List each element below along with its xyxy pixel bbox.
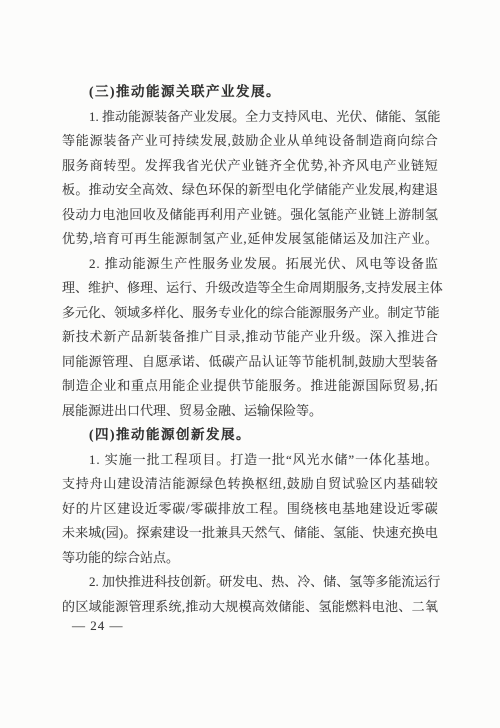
text-line: 2. 加快推进科技创新。研发电、热、冷、储、氢等多能流运行: [62, 570, 438, 595]
section-heading: (四)推动能源创新发展。: [62, 423, 438, 448]
document-page: (三)推动能源关联产业发展。1. 推动能源装备产业发展。全力支持风电、光伏、储能…: [0, 0, 500, 728]
text-line: 理、维护、修理、运行、升级改造等全生命周期服务,支持发展主体: [62, 276, 438, 301]
text-line: 1. 推动能源装备产业发展。全力支持风电、光伏、储能、氢能: [62, 105, 438, 130]
text-line: 新技术新产品新装备推广目录,推动节能产业升级。深入推进合: [62, 325, 438, 350]
document-text: (三)推动能源关联产业发展。1. 推动能源装备产业发展。全力支持风电、光伏、储能…: [62, 80, 438, 619]
text-line: 板。推动安全高效、绿色环保的新型电化学储能产业发展,构建退: [62, 178, 438, 203]
text-line: 等功能的综合站点。: [62, 546, 438, 571]
text-line: 的区域能源管理系统,推动大规模高效储能、氢能燃料电池、二氧: [62, 595, 438, 620]
text-line: 1. 实施一批工程项目。打造一批“风光水储”一体化基地。: [62, 448, 438, 473]
text-line: 服务商转型。发挥我省光伏产业链齐全优势,补齐风电产业链短: [62, 154, 438, 179]
text-line: 优势,培育可再生能源制氢产业,延伸发展氢能储运及加注产业。: [62, 227, 438, 252]
text-line: 好的片区建设近零碳/零碳排放工程。围绕核电基地建设近零碳: [62, 497, 438, 522]
text-line: 支持舟山建设清洁能源绿色转换枢纽,鼓励自贸试验区内基础较: [62, 472, 438, 497]
section-heading: (三)推动能源关联产业发展。: [62, 80, 438, 105]
text-line: 2. 推动能源生产性服务业发展。拓展光伏、风电等设备监: [62, 252, 438, 277]
page-number: — 24 —: [72, 618, 124, 634]
text-line: 展能源进出口代理、贸易金融、运输保险等。: [62, 399, 438, 424]
text-line: 役动力电池回收及储能再利用产业链。强化氢能产业链上游制氢: [62, 203, 438, 228]
text-line: 等能源装备产业可持续发展,鼓励企业从单纯设备制造商向综合: [62, 129, 438, 154]
text-line: 制造企业和重点用能企业提供节能服务。推进能源国际贸易,拓: [62, 374, 438, 399]
text-line: 同能源管理、自愿承诺、低碳产品认证等节能机制,鼓励大型装备: [62, 350, 438, 375]
text-line: 多元化、领域多样化、服务专业化的综合能源服务产业。制定节能: [62, 301, 438, 326]
text-line: 未来城(园)。探索建设一批兼具天然气、储能、氢能、快速充换电: [62, 521, 438, 546]
